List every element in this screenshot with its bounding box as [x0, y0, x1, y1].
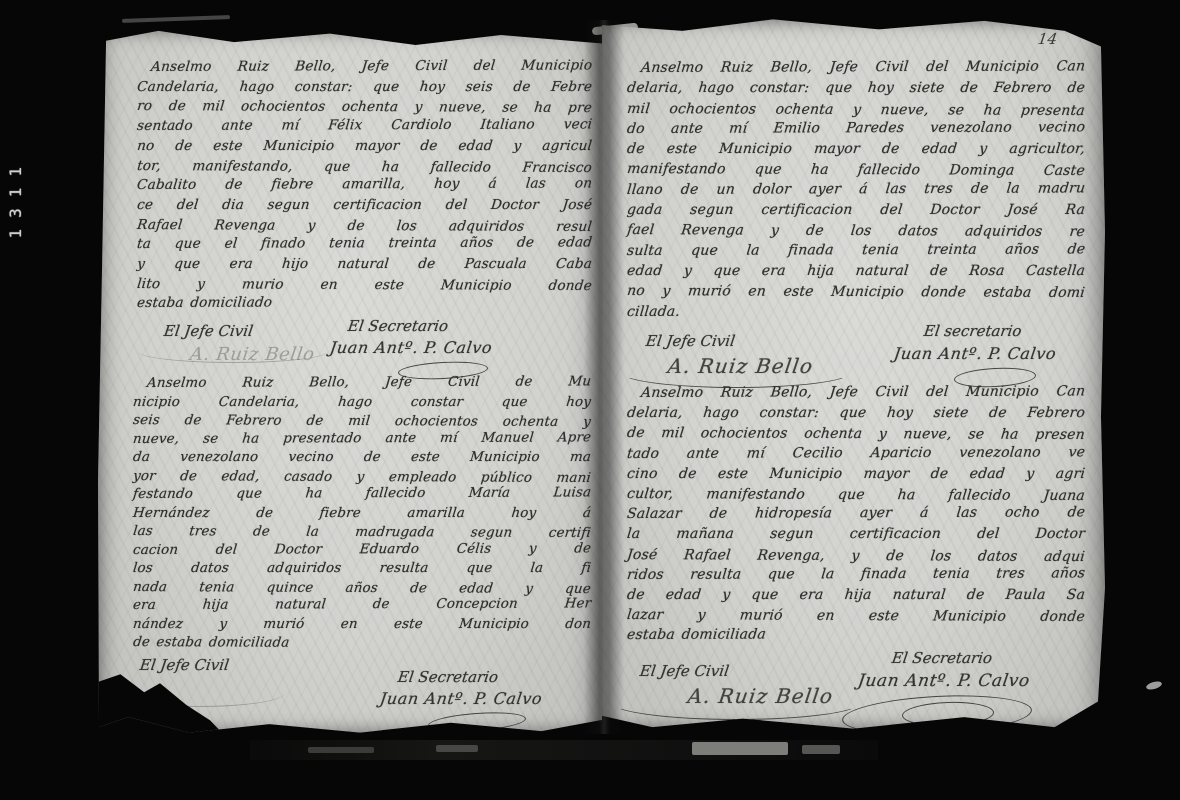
record-line: nicipio Candelaria, hago constar que hoy — [132, 394, 592, 413]
record-line: llano de un dolor ayer á las tres de la … — [626, 178, 1086, 200]
record-line: tado ante mí Cecilio Aparicio venezolano… — [626, 442, 1086, 464]
record-line: sulta que la finada tenia treinta años d… — [626, 239, 1086, 261]
calvo-signature: Juan Antº. P. Calvo — [379, 689, 544, 708]
record-line: cino de este Municipio mayor de edad y a… — [626, 464, 1086, 484]
signature-flourish — [610, 684, 862, 720]
edge-smudge — [692, 742, 788, 755]
record-line: Anselmo Ruiz Bello, Jefe Civil del Munic… — [136, 56, 593, 77]
record-line: do ante mí Emilio Paredes venezolano vec… — [626, 117, 1086, 139]
record-line: nández y murió en este Municipio don — [132, 616, 592, 635]
record-line: Anselmo Ruiz Bello, Jefe Civil del Munic… — [626, 381, 1086, 403]
secretario-title: El secretario — [923, 322, 1023, 340]
scan-background: 1311 Anselmo Ruiz Bello, Jefe Civil del … — [0, 0, 1180, 800]
record-line: da venezolano vecino de este Municipio m… — [132, 449, 592, 468]
record-line: estaba domiciliado — [136, 293, 593, 314]
right-page: 14 Anselmo Ruiz Bello, Jefe Civil del Mu… — [602, 18, 1105, 730]
signature-flourish — [138, 340, 328, 363]
calvo-signature: Juan Antº. P. Calvo — [857, 671, 1032, 691]
record-line: no de este Municipio mayor de edad y agr… — [136, 137, 593, 157]
record-line: Anselmo Ruiz Bello, Jefe Civil de Mu — [132, 373, 592, 393]
bottom-edge-strip — [250, 740, 878, 760]
secretario-title: El Secretario — [397, 668, 500, 686]
record-line: ta que el finado tenia treinta años de e… — [136, 234, 593, 255]
record-line: cacion del Doctor Eduardo Célis y de — [132, 540, 592, 560]
record-right-1: Anselmo Ruiz Bello, Jefe Civil del Munic… — [626, 58, 1084, 322]
record-line: y que era hijo natural de Pascuala Caba — [136, 255, 593, 275]
record-line: festando que ha fallecido María Luisa — [132, 484, 592, 504]
record-line: de este Municipio mayor de edad y agricu… — [626, 139, 1086, 159]
record-line: sentado ante mí Félix Cardiolo Italiano … — [136, 116, 593, 137]
record-line: la mañana segun certificacion del Doctor — [626, 524, 1086, 544]
jefe-civil-title: El Jefe Civil — [139, 656, 230, 674]
jefe-civil-title: El Jefe Civil — [645, 332, 736, 350]
record-line: delaria, hago constar: que hoy siete de … — [626, 403, 1086, 423]
record-line: estaba domiciliada — [626, 624, 1086, 646]
record-line: delaria, hago constar: que hoy siete de … — [626, 78, 1086, 98]
record-right-2: Anselmo Ruiz Bello, Jefe Civil del Munic… — [626, 383, 1084, 646]
film-edge-marker: 1311 — [6, 156, 25, 239]
edge-smudge — [436, 745, 478, 752]
page-number: 14 — [1037, 30, 1059, 48]
record-line: Cabalito de fiebre amarilla, hoy á las o… — [136, 175, 593, 196]
record-line: Salazar de hidropesía ayer á las ocho de — [626, 503, 1086, 525]
record-left-2: Anselmo Ruiz Bello, Jefe Civil de Munici… — [132, 375, 590, 653]
record-line: gada segun certificacion del Doctor José… — [626, 200, 1086, 220]
secretario-title: El Secretario — [347, 317, 450, 335]
record-line: Anselmo Ruiz Bello, Jefe Civil del Munic… — [626, 56, 1086, 78]
dust-speck — [1145, 680, 1162, 692]
edge-smudge — [308, 747, 374, 753]
record-line: cillada. — [626, 300, 1086, 322]
record-left-1: Anselmo Ruiz Bello, Jefe Civil del Munic… — [136, 58, 591, 314]
record-line: nueve, se ha presentado ante mí Manuel A… — [132, 429, 592, 449]
record-line: Candelaria, hago constar: que hoy seis d… — [136, 78, 593, 98]
record-line: de edad y que era hija natural de Paula … — [626, 585, 1086, 605]
record-line: era hija natural de Concepcion Her — [132, 595, 592, 615]
record-line: de estaba domiciliada — [132, 634, 592, 654]
signature-flourish — [427, 710, 526, 735]
record-line: ridos resulta que la finada tenia tres a… — [626, 563, 1086, 585]
record-line: Hernández de fiebre amarilla hoy á — [132, 505, 592, 524]
secretario-title: El Secretario — [891, 649, 994, 667]
record-line: los datos adquiridos resulta que la fi — [132, 560, 592, 579]
left-page: Anselmo Ruiz Bello, Jefe Civil del Munic… — [98, 28, 602, 734]
calvo-signature: Juan Antº. P. Calvo — [893, 344, 1058, 363]
record-line: ce del dia segun certificacion del Docto… — [136, 196, 593, 216]
jefe-civil-title: El Jefe Civil — [163, 322, 254, 340]
cover-edge-glint — [122, 15, 230, 23]
jefe-civil-title: El Jefe Civil — [639, 662, 730, 680]
record-line: edad y que era hija natural de Rosa Cast… — [626, 261, 1086, 281]
calvo-signature: Juan Antº. P. Calvo — [329, 338, 494, 357]
edge-smudge — [802, 745, 840, 754]
